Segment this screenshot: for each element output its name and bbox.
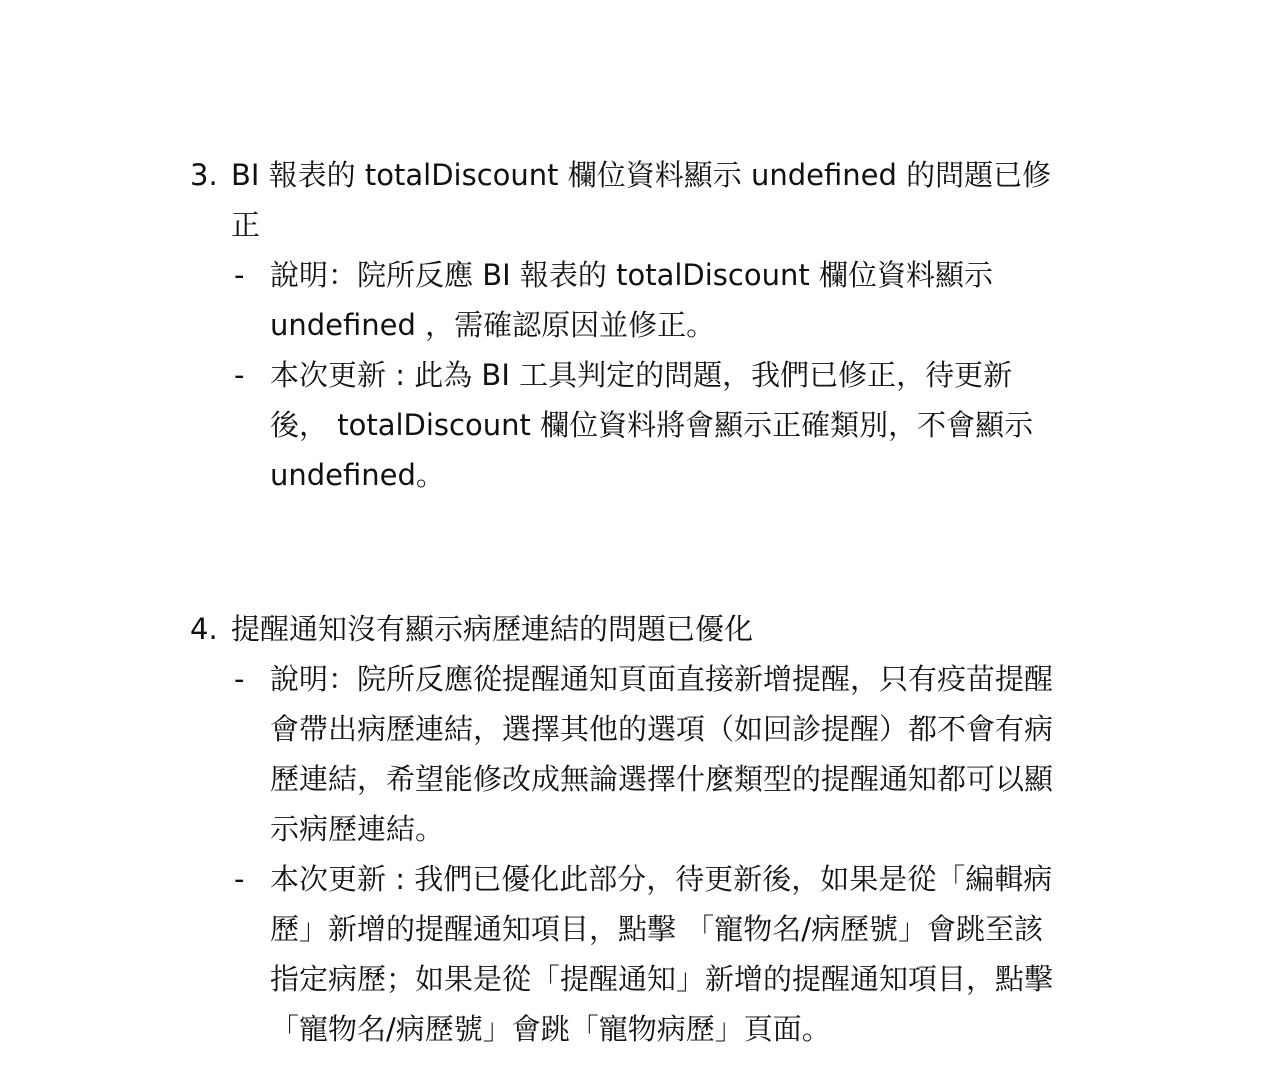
sub-item-text: 本次更新 : 此為 BI 工具判定的問題，我們已修正，待更新後， totalDi…: [270, 350, 1070, 500]
dash-bullet: -: [234, 250, 244, 300]
item-title: 提醒通知沒有顯示病歷連結的問題已優化: [231, 604, 1071, 654]
sub-item-description: - 說明：院所反應從提醒通知頁面直接新增提醒，只有疫苗提醒會帶出病歷連結，選擇其…: [231, 654, 1070, 854]
dash-bullet: -: [234, 654, 244, 704]
sub-item-text: 說明：院所反應從提醒通知頁面直接新增提醒，只有疫苗提醒會帶出病歷連結，選擇其他的…: [270, 654, 1070, 854]
sub-item-update: - 本次更新 : 我們已優化此部分，待更新後，如果是從「編輯病歷」新增的提醒通知…: [231, 854, 1070, 1054]
item-number: 4.: [190, 604, 218, 654]
sub-item-text: 本次更新 : 我們已優化此部分，待更新後，如果是從「編輯病歷」新增的提醒通知項目…: [270, 854, 1070, 1054]
sub-item-update: - 本次更新 : 此為 BI 工具判定的問題，我們已修正，待更新後， total…: [231, 350, 1070, 500]
list-item-4: 4. 提醒通知沒有顯示病歷連結的問題已優化 - 說明：院所反應從提醒通知頁面直接…: [190, 604, 1090, 1054]
sub-list: - 說明：院所反應 BI 報表的 totalDiscount 欄位資料顯示 un…: [231, 250, 1090, 500]
sub-list: - 說明：院所反應從提醒通知頁面直接新增提醒，只有疫苗提醒會帶出病歷連結，選擇其…: [231, 654, 1090, 1054]
item-title: BI 報表的 totalDiscount 欄位資料顯示 undefined 的問…: [231, 150, 1071, 250]
list-item-3: 3. BI 報表的 totalDiscount 欄位資料顯示 undefined…: [190, 150, 1090, 500]
sub-item-description: - 說明：院所反應 BI 報表的 totalDiscount 欄位資料顯示 un…: [231, 250, 1070, 350]
dash-bullet: -: [234, 854, 244, 904]
item-number: 3.: [190, 150, 218, 200]
release-notes-document: 3. BI 報表的 totalDiscount 欄位資料顯示 undefined…: [190, 150, 1090, 1054]
sub-item-text: 說明：院所反應 BI 報表的 totalDiscount 欄位資料顯示 unde…: [270, 250, 1070, 350]
dash-bullet: -: [234, 350, 244, 400]
